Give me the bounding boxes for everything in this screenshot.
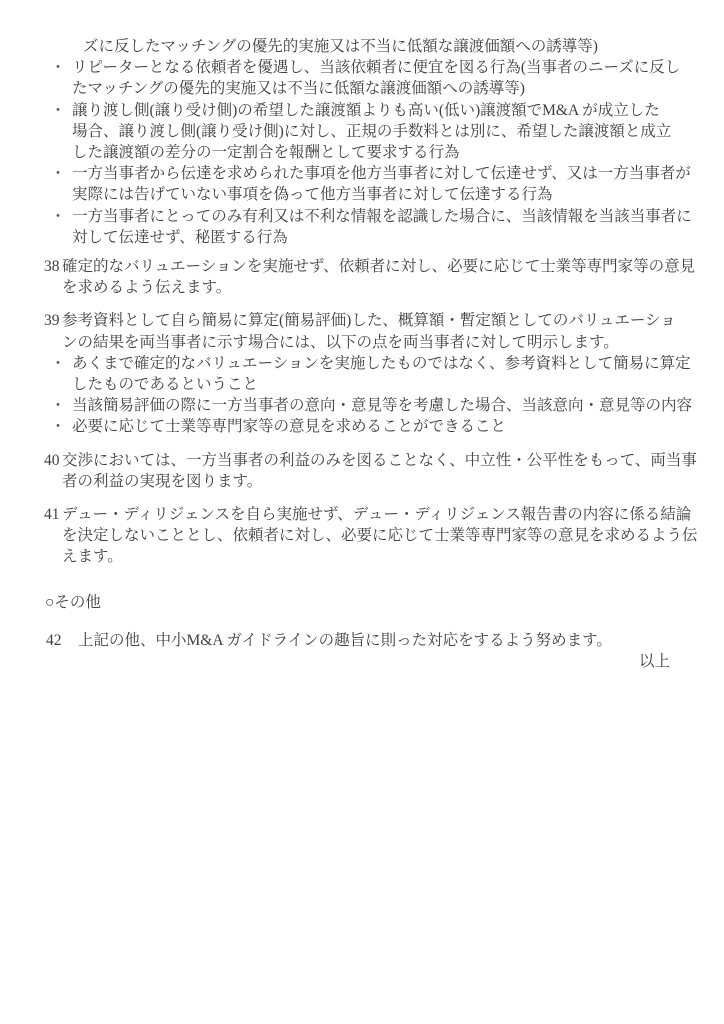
numbered-item-39: 39 参考資料として自ら簡易に算定(簡易評価)した、概算額・暫定額としてのバリュ… xyxy=(0,310,724,352)
text-line: 実際には告げていない事項を偽って他方当事者に対して伝達する行為 xyxy=(72,184,724,205)
bullet-list-item: ・ リピーターとなる依頼者を優遇し、当該依頼者に便宜を図る行為(当事者のニーズに… xyxy=(0,57,724,99)
bullet-list-item: ・ あくまで確定的なバリュエーションを実施したものではなく、参考資料として簡易に… xyxy=(0,353,724,395)
text-line: 上記の他、中小M&A ガイドラインの趣旨に則った対応をするよう努めます。 xyxy=(78,630,724,651)
closing-mark: 以上 xyxy=(0,651,724,672)
item-number: 40 xyxy=(44,450,60,471)
section-heading-other: ○その他 xyxy=(45,592,724,613)
bullet-list-item: ・ 必要に応じて士業等専門家等の意見を求めることができること xyxy=(0,416,724,437)
bullet-list-item: ・ 一方当事者から伝達を求められた事項を他方当事者に対して伝達せず、又は一方当事… xyxy=(0,163,724,205)
text-line: を求めるよう伝えます。 xyxy=(62,277,724,298)
bullet-icon: ・ xyxy=(50,57,66,78)
bullet-list-item: ・ 譲り渡し側(譲り受け側)の希望した譲渡額よりも高い(低い)譲渡額でM&A が… xyxy=(0,100,724,164)
text-line: 場合、譲り渡し側(譲り受け側)に対し、正規の手数料とは別に、希望した譲渡額と成立 xyxy=(72,121,724,142)
document-content: ズに反したマッチングの優先的実施又は不当に低額な譲渡価額への誘導等) ・ リピー… xyxy=(0,0,724,672)
text-line: 参考資料として自ら簡易に算定(簡易評価)した、概算額・暫定額としてのバリュエーシ… xyxy=(62,310,724,331)
text-line: たマッチングの優先的実施又は不当に低額な譲渡価額への誘導等) xyxy=(72,78,724,99)
text-line: 一方当事者から伝達を求められた事項を他方当事者に対して伝達せず、又は一方当事者が xyxy=(72,163,724,184)
text-line: 交渉においては、一方当事者の利益のみを図ることなく、中立性・公平性をもって、両当… xyxy=(62,450,724,471)
numbered-item-41: 41 デュー・ディリジェンスを自ら実施せず、デュー・ディリジェンス報告書の内容に… xyxy=(0,504,724,568)
bullet-icon: ・ xyxy=(50,395,66,416)
text-line: 確定的なバリュエーションを実施せず、依頼者に対し、必要に応じて士業等専門家等の意… xyxy=(62,256,724,277)
numbered-item-40: 40 交渉においては、一方当事者の利益のみを図ることなく、中立性・公平性をもって… xyxy=(0,450,724,492)
bullet-list-item: ・ 一方当事者にとってのみ有利又は不利な情報を認識した場合に、当該情報を当該当事… xyxy=(0,206,724,248)
document-page: ズに反したマッチングの優先的実施又は不当に低額な譲渡価額への誘導等) ・ リピー… xyxy=(0,0,724,1024)
text-line: えます。 xyxy=(62,546,724,567)
text-line: 必要に応じて士業等専門家等の意見を求めることができること xyxy=(72,416,724,437)
text-line: 当該簡易評価の際に一方当事者の意向・意見等を考慮した場合、当該意向・意見等の内容 xyxy=(72,395,724,416)
item-number: 38 xyxy=(44,256,60,277)
text-line: 対して伝達せず、秘匿する行為 xyxy=(72,227,724,248)
text-line: を決定しないこととし、依頼者に対し、必要に応じて士業等専門家等の意見を求めるよう… xyxy=(62,525,724,546)
bullet-icon: ・ xyxy=(50,100,66,121)
numbered-item-42: 42 上記の他、中小M&A ガイドラインの趣旨に則った対応をするよう努めます。 xyxy=(0,630,724,651)
numbered-item-38: 38 確定的なバリュエーションを実施せず、依頼者に対し、必要に応じて士業等専門家… xyxy=(0,256,724,298)
text-line: した譲渡額の差分の一定割合を報酬として要求する行為 xyxy=(72,142,724,163)
wrapped-text-line: ズに反したマッチングの優先的実施又は不当に低額な譲渡価額への誘導等) xyxy=(83,36,724,57)
text-line: リピーターとなる依頼者を優遇し、当該依頼者に便宜を図る行為(当事者のニーズに反し xyxy=(72,57,724,78)
text-line: 譲り渡し側(譲り受け側)の希望した譲渡額よりも高い(低い)譲渡額でM&A が成立… xyxy=(72,100,724,121)
text-line: 者の利益の実現を図ります。 xyxy=(62,471,724,492)
bullet-icon: ・ xyxy=(50,206,66,227)
text-line: デュー・ディリジェンスを自ら実施せず、デュー・ディリジェンス報告書の内容に係る結… xyxy=(62,504,724,525)
bullet-icon: ・ xyxy=(50,416,66,437)
bullet-icon: ・ xyxy=(50,353,66,374)
text-line: ンの結果を両当事者に示す場合には、以下の点を両当事者に対して明示します。 xyxy=(62,332,724,353)
bullet-icon: ・ xyxy=(50,163,66,184)
item-number: 41 xyxy=(44,504,60,525)
text-line: 一方当事者にとってのみ有利又は不利な情報を認識した場合に、当該情報を当該当事者に xyxy=(72,206,724,227)
item-number: 42 xyxy=(46,630,62,651)
text-line: したものであるということ xyxy=(72,374,724,395)
bullet-list-item: ・ 当該簡易評価の際に一方当事者の意向・意見等を考慮した場合、当該意向・意見等の… xyxy=(0,395,724,416)
text-line: あくまで確定的なバリュエーションを実施したものではなく、参考資料として簡易に算定 xyxy=(72,353,724,374)
item-number: 39 xyxy=(44,310,60,331)
